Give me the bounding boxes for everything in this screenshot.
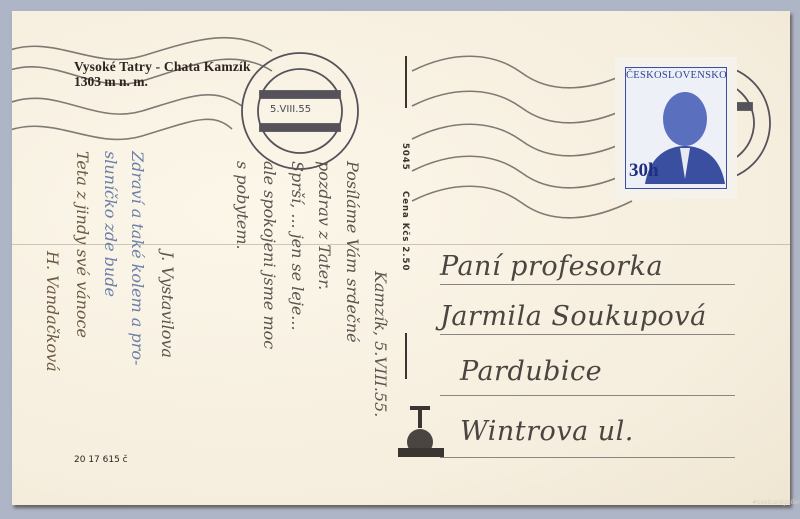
postage-stamp: ČESKOSLOVENSKO 30h [615, 57, 737, 199]
address-line-2: Jarmila Soukupová [440, 301, 707, 332]
message-line: Teta z jindy své vánoce [73, 151, 92, 338]
divider-line-bottom [405, 333, 407, 379]
message-line: Sprší, ... jen se leje... [288, 161, 307, 331]
address-line-1: Paní profesorka [440, 251, 663, 282]
postcard-altitude: 1303 m n. m. [74, 74, 148, 90]
message-line: Posíláme Vám srdečné [343, 161, 362, 343]
message-place-date: Kamzík, 5.VIII.55. [371, 271, 390, 417]
message-signature: H. Vandačková [43, 251, 62, 372]
postcard: Vysoké Tatry - Chata Kamzík 1303 m n. m.… [12, 11, 790, 505]
stamp-denomination: 30h [629, 160, 659, 182]
catalog-number: 20 17 615 č [74, 455, 128, 465]
message-line: J. Vystavilova [158, 251, 177, 358]
address-line-4: Wintrova ul. [460, 416, 634, 447]
divider-line-top [405, 56, 407, 108]
watermark: #postcardgallery [752, 499, 800, 506]
postmark-date-left: 5.VIII.55 [270, 104, 311, 115]
price-label: Cena Kčs 2.50 [400, 191, 410, 271]
message-line: sluníčko zde bude [101, 151, 120, 297]
message-line: ale spokojeni jsme moc [260, 161, 279, 349]
stamp-country: ČESKOSLOVENSKO [626, 70, 726, 81]
message-line: Zdraví a také kolem a pro- [128, 151, 147, 365]
message-line: pozdrav z Tater. [315, 161, 334, 290]
address-line-3: Pardubice [460, 356, 602, 387]
printer-code: 5045 [400, 143, 410, 171]
postcard-title: Vysoké Tatry - Chata Kamzík [74, 59, 251, 75]
tatran-logo-icon [396, 404, 446, 464]
message-line: s pobytem. [233, 161, 252, 250]
